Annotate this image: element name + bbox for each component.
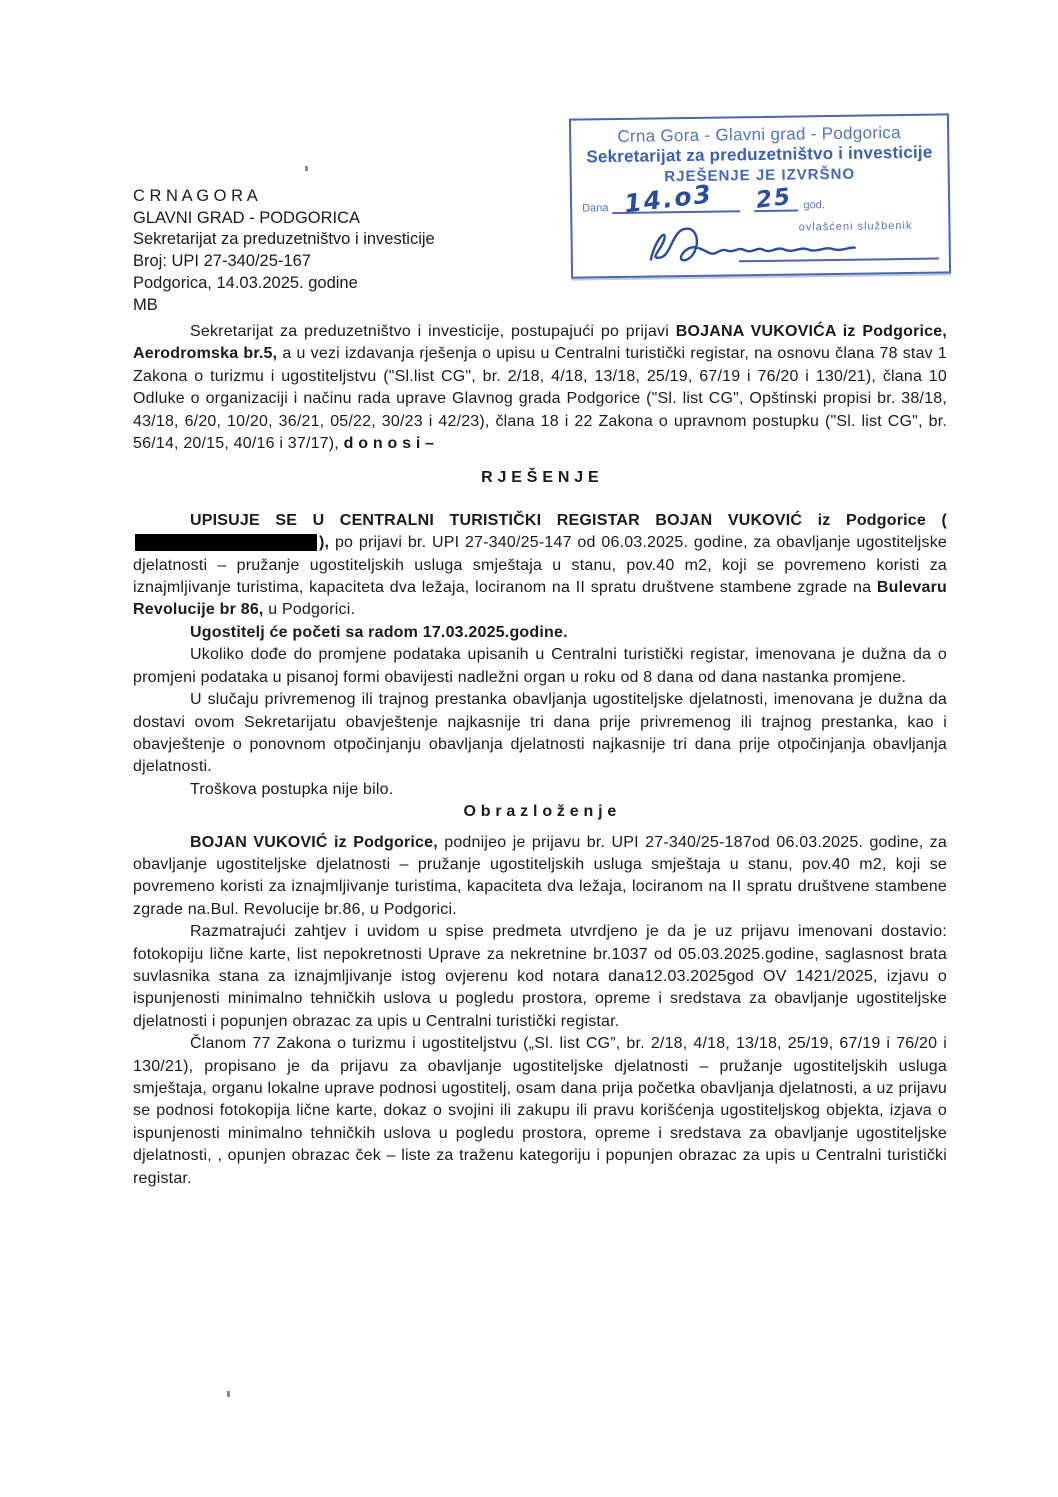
operative-paragraph-5: Troškova postupka nije bilo. <box>133 779 947 801</box>
header-city: GLAVNI GRAD - PODGORICA <box>133 208 435 230</box>
stamp-date-row: Dana 14.o3 25 god. <box>580 191 940 214</box>
header-place-date: Podgorica, 14.03.2025. godine <box>133 273 435 295</box>
operative-paragraph-1: UPISUJE SE U CENTRALNI TURISTIČKI REGIST… <box>133 510 947 622</box>
explanation-paragraph-2: Razmatrajući zahtjev i uvidom u spise pr… <box>133 921 947 1033</box>
header-initials: MB <box>133 295 435 317</box>
obrazlozenje-heading: O b r a z l o ž e n j e <box>133 801 947 823</box>
stamp-officer-row: ovlašćeni službenik <box>580 211 941 268</box>
stamp-god-label: god. <box>803 199 825 211</box>
stamp-executable-line: RJEŠENJE JE IZVRŠNO <box>580 164 940 186</box>
operative-paragraph-2: Ugostitelj će početi sa radom 17.03.2025… <box>133 622 947 644</box>
header-secretariat: Sekretarijat za preduzetništvo i investi… <box>133 229 435 251</box>
document-body: Sekretarijat za preduzetništvo i investi… <box>133 321 947 1190</box>
rjesenje-heading: R J E Š E N J E <box>133 467 947 489</box>
redaction-box <box>135 534 317 551</box>
operative-paragraph-4: U slučaju privremenog ili trajnog presta… <box>133 689 947 779</box>
explanation-paragraph-1: BOJAN VUKOVIĆ iz Podgorice, podnijeo je … <box>133 832 947 922</box>
stamp-date-label: Dana <box>582 202 608 214</box>
intro-paragraph: Sekretarijat za preduzetništvo i investi… <box>133 321 947 455</box>
header-case-number: Broj: UPI 27-340/25-167 <box>133 251 435 273</box>
execution-stamp: Crna Gora - Glavni grad - Podgorica Sekr… <box>569 113 951 278</box>
explanation-paragraph-3: Članom 77 Zakona o turizmu i ugostiteljs… <box>133 1033 947 1190</box>
scan-speck <box>305 166 308 171</box>
header-country: C R N A G O R A <box>133 186 435 208</box>
stamp-year-handwritten: 25 <box>755 184 794 214</box>
letterhead: C R N A G O R A GLAVNI GRAD - PODGORICA … <box>133 186 435 316</box>
stamp-date-underline: 14.o3 <box>612 194 740 214</box>
stamp-secretariat-line: Sekretarijat za preduzetništvo i investi… <box>579 142 939 167</box>
document-page: Crna Gora - Glavni grad - Podgorica Sekr… <box>0 0 1058 1497</box>
stamp-year-underline: 25 <box>754 193 798 212</box>
operative-paragraph-3: Ukoliko dođe do promjene podataka upisan… <box>133 644 947 689</box>
scan-speck <box>227 1391 230 1397</box>
